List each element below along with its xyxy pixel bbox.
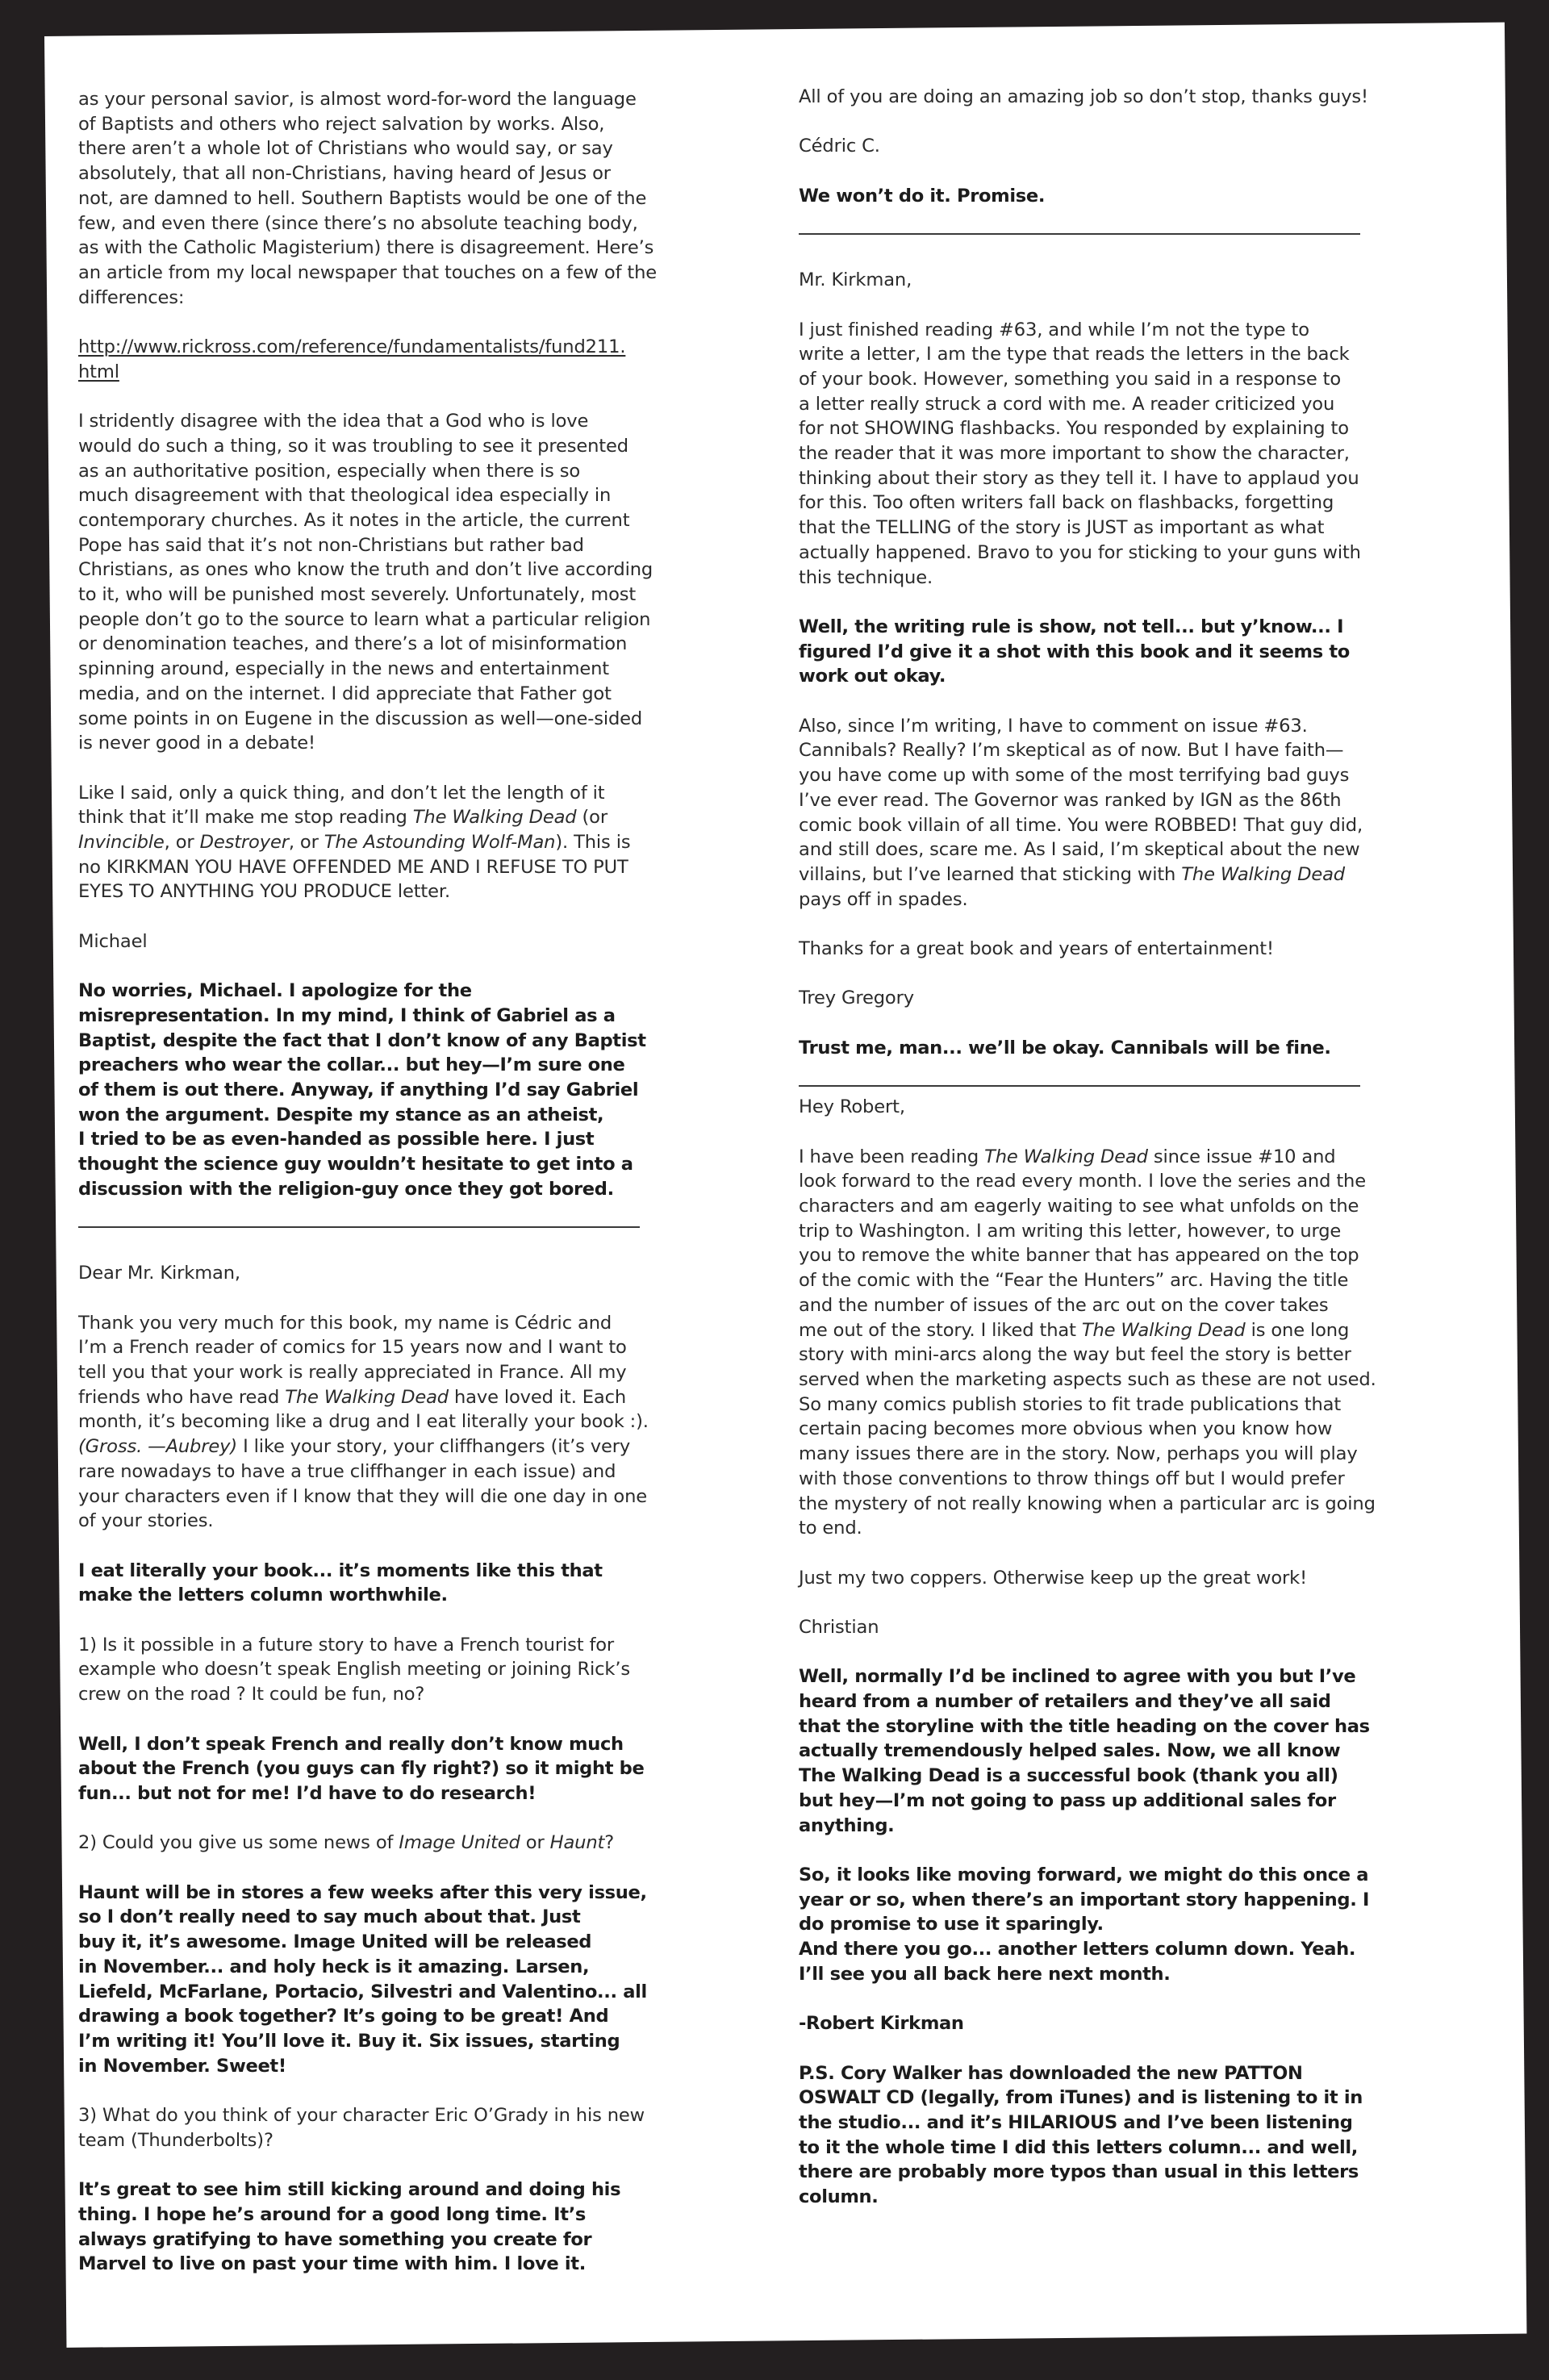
text-line: no KIRKMAN YOU HAVE OFFENDED ME AND I RE… — [78, 855, 772, 880]
text-line: thinking about their story as they tell … — [799, 466, 1509, 491]
text-segment: I stridently disagree with the idea that… — [78, 411, 588, 432]
text-segment: much disagreement with that theological … — [78, 485, 611, 506]
letter-separator — [799, 233, 1360, 235]
text-line: (Gross. —Aubrey) I like your story, your… — [78, 1434, 772, 1459]
italic-title: The Walking Dead — [1181, 864, 1345, 885]
text-segment: Well, I don’t speak French and really do… — [78, 1734, 624, 1755]
text-line: column. — [799, 2185, 1509, 2210]
text-segment: (or — [576, 807, 607, 828]
text-line: about the French (you guys can fly right… — [78, 1756, 772, 1781]
text-line: served when the marketing aspects such a… — [799, 1367, 1509, 1393]
text-segment: Also, since I’m writing, I have to comme… — [799, 716, 1308, 737]
text-line: actually tremendously helped sales. Now,… — [799, 1739, 1509, 1764]
text-segment: to end. — [799, 1518, 862, 1539]
text-segment: certain pacing becomes more obvious when… — [799, 1418, 1332, 1439]
text-line: differences: — [78, 286, 772, 311]
text-line: so I don’t really need to say much about… — [78, 1905, 772, 1930]
text-segment: there aren’t a whole lot of Christians w… — [78, 138, 613, 159]
text-line: Thanks for a great book and years of ent… — [799, 937, 1509, 962]
letter-paragraph: Also, since I’m writing, I have to comme… — [799, 714, 1509, 912]
text-segment: Marvel to live on past your time with hi… — [78, 2253, 586, 2274]
text-segment: team (Thunderbolts)? — [78, 2130, 273, 2151]
text-line: Like I said, only a quick thing, and don… — [78, 781, 772, 806]
editor-reply: It’s great to see him still kicking arou… — [78, 2177, 772, 2277]
text-segment: some points in on Eugene in the discussi… — [78, 708, 642, 729]
text-line: is never good in a debate! — [78, 731, 772, 756]
text-line: to it, who will be punished most severel… — [78, 582, 772, 608]
text-segment: is one long — [1246, 1320, 1350, 1341]
text-segment: work out okay. — [799, 666, 946, 687]
text-segment: Baptist, despite the fact that I don’t k… — [78, 1030, 646, 1051]
text-segment: ? — [604, 1832, 614, 1853]
text-segment: figured I’d give it a shot with this boo… — [799, 641, 1350, 662]
text-segment: about the French (you guys can fly right… — [78, 1758, 644, 1779]
text-line: the studio... and it’s HILARIOUS and I’v… — [799, 2111, 1509, 2136]
text-line: and the number of issues of the arc out … — [799, 1293, 1509, 1318]
text-line: Also, since I’m writing, I have to comme… — [799, 714, 1509, 739]
text-line: actually happened. Bravo to you for stic… — [799, 541, 1509, 566]
text-segment: Christian — [799, 1617, 879, 1638]
text-line: I’ll see you all back here next month. — [799, 1962, 1509, 1987]
text-line: Well, I don’t speak French and really do… — [78, 1732, 772, 1757]
text-line: Haunt will be in stores a few weeks afte… — [78, 1881, 772, 1906]
printed-page: as your personal savior, is almost word-… — [44, 23, 1526, 2348]
text-segment: would do such a thing, so it was troubli… — [78, 436, 628, 457]
text-segment: the mystery of not really knowing when a… — [799, 1493, 1376, 1514]
text-line: work out okay. — [799, 664, 1509, 689]
text-line: fun... but not for me! I’d have to do re… — [78, 1781, 772, 1806]
text-segment: comic book villain of all time. You were… — [799, 815, 1363, 836]
text-segment: misrepresentation. In my mind, I think o… — [78, 1005, 616, 1026]
letter-paragraph: as your personal savior, is almost word-… — [78, 87, 772, 310]
letter-paragraph: 3) What do you think of your character E… — [78, 2103, 772, 2152]
text-line: tell you that your work is really apprec… — [78, 1360, 772, 1385]
text-segment: of your book. However, something you sai… — [799, 369, 1341, 390]
text-segment: friends who have read — [78, 1387, 285, 1408]
text-segment: anything. — [799, 1815, 894, 1836]
editor-reply: Well, I don’t speak French and really do… — [78, 1732, 772, 1806]
italic-title: Destroyer — [200, 832, 289, 853]
text-segment: contemporary churches. As it notes in th… — [78, 510, 629, 531]
text-line: but hey—I’m not going to pass up additio… — [799, 1789, 1509, 1814]
text-segment: of them is out there. Anyway, if anythin… — [78, 1079, 638, 1100]
text-segment: heard from a number of retailers and the… — [799, 1691, 1331, 1712]
text-segment: thing. I hope he’s around for a good lon… — [78, 2204, 586, 2225]
text-segment: html — [78, 361, 119, 382]
text-segment: EYES TO ANYTHING YOU PRODUCE letter. — [78, 881, 450, 902]
text-segment: write a letter, I am the type that reads… — [799, 344, 1350, 365]
text-line: All of you are doing an amazing job so d… — [799, 85, 1509, 110]
editor-reply: I eat literally your book... it’s moment… — [78, 1559, 772, 1608]
text-line: So many comics publish stories to fit tr… — [799, 1393, 1509, 1418]
text-segment: example who doesn’t speak English meetin… — [78, 1659, 630, 1680]
text-line: thought the science guy wouldn’t hesitat… — [78, 1152, 772, 1177]
text-line: drawing a book together? It’s going to b… — [78, 2004, 772, 2029]
text-line: comic book villain of all time. You were… — [799, 813, 1509, 838]
text-segment: All of you are doing an amazing job so d… — [799, 86, 1368, 107]
text-line: Dear Mr. Kirkman, — [78, 1261, 772, 1286]
text-segment: Well, the writing rule is show, not tell… — [799, 616, 1343, 637]
text-line: write a letter, I am the type that reads… — [799, 342, 1509, 367]
text-line[interactable]: http://www.rickross.com/reference/fundam… — [78, 335, 772, 360]
text-segment: column. — [799, 2186, 879, 2207]
text-line: Marvel to live on past your time with hi… — [78, 2252, 772, 2277]
text-line: Thank you very much for this book, my na… — [78, 1311, 772, 1336]
text-line: thing. I hope he’s around for a good lon… — [78, 2203, 772, 2228]
text-line: this technique. — [799, 566, 1509, 591]
text-segment: won the argument. Despite my stance as a… — [78, 1104, 603, 1125]
text-line: contemporary churches. As it notes in th… — [78, 508, 772, 533]
italic-title: Haunt — [550, 1832, 605, 1853]
text-segment: look forward to the read every month. I … — [799, 1171, 1366, 1192]
text-segment: I eat literally your book... it’s moment… — [78, 1560, 603, 1581]
text-line: discussion with the religion-guy once th… — [78, 1177, 772, 1202]
text-segment: with those conventions to throw things o… — [799, 1468, 1345, 1489]
text-line: your characters even if I know that they… — [78, 1484, 772, 1509]
text-line: do promise to use it sparingly. — [799, 1912, 1509, 1937]
text-segment: in November... and holy heck is it amazi… — [78, 1956, 589, 1977]
text-segment: Cannibals? Really? I’m skeptical as of n… — [799, 740, 1343, 761]
text-line: figured I’d give it a shot with this boo… — [799, 640, 1509, 665]
letter-paragraph: I stridently disagree with the idea that… — [78, 409, 772, 756]
text-line: or denomination teaches, and there’s a l… — [78, 632, 772, 657]
text-segment: Dear Mr. Kirkman, — [78, 1263, 240, 1284]
text-line[interactable]: html — [78, 360, 772, 385]
text-segment: I’ve ever read. The Governor was ranked … — [799, 790, 1341, 811]
text-line: I just finished reading #63, and while I… — [799, 318, 1509, 343]
text-segment: ). This is — [555, 832, 630, 853]
editor-reply: Well, normally I’d be inclined to agree … — [799, 1664, 1509, 1838]
letter-paragraph: All of you are doing an amazing job so d… — [799, 85, 1509, 110]
text-segment: always gratifying to have something you … — [78, 2229, 591, 2250]
text-segment: to it the whole time I did this letters … — [799, 2137, 1358, 2158]
editor-reply: We won’t do it. Promise. — [799, 184, 1509, 209]
text-segment: Trey Gregory — [799, 987, 914, 1008]
text-segment: actually happened. Bravo to you for stic… — [799, 542, 1361, 563]
text-line: characters and am eagerly waiting to see… — [799, 1194, 1509, 1219]
text-segment: you to remove the white banner that has … — [799, 1245, 1359, 1266]
text-segment: OSWALT CD (legally, from iTunes) and is … — [799, 2087, 1363, 2108]
text-line: to end. — [799, 1516, 1509, 1541]
text-line: pays off in spades. — [799, 887, 1509, 912]
text-segment: for this. Too often writers fall back on… — [799, 492, 1334, 513]
text-line: Hey Robert, — [799, 1095, 1509, 1120]
text-segment: Haunt will be in stores a few weeks afte… — [78, 1882, 647, 1903]
text-line: the reader that it was more important to… — [799, 441, 1509, 466]
letter-paragraph: Mr. Kirkman, — [799, 268, 1509, 293]
text-segment: have loved it. Each — [449, 1387, 626, 1408]
text-line: I’m writing it! You’ll love it. Buy it. … — [78, 2029, 772, 2054]
text-segment: a letter really struck a cord with me. A… — [799, 394, 1334, 415]
text-segment: but hey—I’m not going to pass up additio… — [799, 1790, 1336, 1811]
text-line: as your personal savior, is almost word-… — [78, 87, 772, 112]
text-line: for this. Too often writers fall back on… — [799, 491, 1509, 516]
text-segment: tell you that your work is really apprec… — [78, 1362, 626, 1383]
text-segment: me out of the story. I liked that — [799, 1320, 1082, 1341]
letter-paragraph: 1) Is it possible in a future story to h… — [78, 1633, 772, 1707]
letter-signature: Trey Gregory — [799, 986, 1509, 1011]
editor-reply: So, it looks like moving forward, we mig… — [799, 1863, 1509, 1937]
text-segment: P.S. Cory Walker has downloaded the new … — [799, 2063, 1303, 2084]
text-segment: in November. Sweet! — [78, 2056, 286, 2077]
text-segment: No worries, Michael. I apologize for the — [78, 980, 472, 1001]
text-line: I have been reading The Walking Dead sin… — [799, 1145, 1509, 1170]
text-segment: is never good in a debate! — [78, 733, 315, 754]
text-segment: for not SHOWING flashbacks. You responde… — [799, 418, 1349, 439]
text-line: P.S. Cory Walker has downloaded the new … — [799, 2061, 1509, 2086]
letter-paragraph: I have been reading The Walking Dead sin… — [799, 1145, 1509, 1541]
text-line: Well, normally I’d be inclined to agree … — [799, 1664, 1509, 1689]
text-line: there aren’t a whole lot of Christians w… — [78, 136, 772, 161]
italic-title: (Gross. —Aubrey) — [78, 1436, 237, 1457]
italic-title: Invincible — [78, 832, 165, 853]
text-segment: thinking about their story as they tell … — [799, 468, 1359, 489]
text-segment: you have come up with some of the most t… — [799, 765, 1349, 786]
text-line: I eat literally your book... it’s moment… — [78, 1559, 772, 1584]
text-line: Liefeld, McFarlane, Portacio, Silvestri … — [78, 1980, 772, 2005]
letter-paragraph: Just my two coppers. Otherwise keep up t… — [799, 1566, 1509, 1591]
italic-title: The Walking Dead — [285, 1387, 449, 1408]
text-segment: discussion with the religion-guy once th… — [78, 1179, 614, 1200]
text-line: you to remove the white banner that has … — [799, 1243, 1509, 1268]
text-line: Christians, as ones who know the truth a… — [78, 557, 772, 582]
text-line: as with the Catholic Magisterium) there … — [78, 236, 772, 261]
text-line: And there you go... another letters colu… — [799, 1937, 1509, 1962]
text-line: example who doesn’t speak English meetin… — [78, 1657, 772, 1682]
text-line: year or so, when there’s an important st… — [799, 1888, 1509, 1913]
italic-title: The Walking Dead — [984, 1146, 1148, 1167]
text-segment: media, and on the internet. I did apprec… — [78, 683, 612, 704]
text-line: Mr. Kirkman, — [799, 268, 1509, 293]
text-line: you have come up with some of the most t… — [799, 763, 1509, 788]
text-segment: Like I said, only a quick thing, and don… — [78, 783, 605, 804]
text-line: 1) Is it possible in a future story to h… — [78, 1633, 772, 1658]
text-line: absolutely, that all non-Christians, hav… — [78, 161, 772, 186]
text-segment: Trust me, man... we’ll be okay. Cannibal… — [799, 1038, 1331, 1058]
text-line: of them is out there. Anyway, if anythin… — [78, 1078, 772, 1103]
letter-signature: Christian — [799, 1615, 1509, 1640]
text-segment: the studio... and it’s HILARIOUS and I’v… — [799, 2112, 1353, 2133]
text-line: of the comic with the “Fear the Hunters”… — [799, 1268, 1509, 1293]
text-segment: I tried to be as even-handed as possible… — [78, 1129, 594, 1150]
text-segment: many issues there are in the story. Now,… — [799, 1443, 1358, 1464]
text-line: Michael — [78, 929, 772, 954]
text-segment: fun... but not for me! I’d have to do re… — [78, 1783, 536, 1804]
text-line: Just my two coppers. Otherwise keep up t… — [799, 1566, 1509, 1591]
text-segment: , or — [165, 832, 200, 853]
text-line: villains, but I’ve learned that sticking… — [799, 862, 1509, 887]
text-line: of your stories. — [78, 1509, 772, 1534]
text-segment: of the comic with the “Fear the Hunters”… — [799, 1270, 1348, 1291]
text-segment: villains, but I’ve learned that sticking… — [799, 864, 1181, 885]
text-line: buy it, it’s awesome. Image United will … — [78, 1930, 772, 1955]
text-line: that the storyline with the title headin… — [799, 1714, 1509, 1739]
text-segment: pays off in spades. — [799, 889, 968, 910]
text-segment: Christians, as ones who know the truth a… — [78, 559, 653, 580]
letter-paragraph: Like I said, only a quick thing, and don… — [78, 781, 772, 905]
text-segment: trip to Washington. I am writing this le… — [799, 1221, 1341, 1242]
text-line: would do such a thing, so it was troubli… — [78, 434, 772, 459]
editor-reply: Haunt will be in stores a few weeks afte… — [78, 1881, 772, 2079]
text-line: anything. — [799, 1814, 1509, 1839]
text-segment: of Baptists and others who reject salvat… — [78, 114, 604, 135]
text-line: No worries, Michael. I apologize for the — [78, 979, 772, 1004]
text-line: story with mini-arcs along the way but f… — [799, 1342, 1509, 1367]
text-line: 2) Could you give us some news of Image … — [78, 1831, 772, 1856]
text-segment: Well, normally I’d be inclined to agree … — [799, 1666, 1355, 1687]
text-line: of your book. However, something you sai… — [799, 367, 1509, 392]
text-segment: this technique. — [799, 567, 933, 588]
text-segment: think that it’ll make me stop reading — [78, 807, 413, 828]
letter-separator — [78, 1226, 640, 1228]
text-segment: since issue #10 and — [1148, 1146, 1336, 1167]
text-line: some points in on Eugene in the discussi… — [78, 707, 772, 732]
text-line: the mystery of not really knowing when a… — [799, 1492, 1509, 1517]
text-line: and still does, scare me. As I said, I’m… — [799, 837, 1509, 862]
text-segment: http://www.rickross.com/reference/fundam… — [78, 336, 625, 357]
text-line: trip to Washington. I am writing this le… — [799, 1219, 1509, 1244]
text-segment: so I don’t really need to say much about… — [78, 1906, 580, 1927]
editor-reply: Trust me, man... we’ll be okay. Cannibal… — [799, 1036, 1509, 1061]
text-segment: as with the Catholic Magisterium) there … — [78, 237, 653, 258]
text-line: crew on the road ? It could be fun, no? — [78, 1682, 772, 1707]
article-link[interactable]: http://www.rickross.com/reference/fundam… — [78, 335, 772, 384]
text-line: spinning around, especially in the news … — [78, 657, 772, 682]
page-content: as your personal savior, is almost word-… — [44, 36, 1505, 2348]
text-line: an article from my local newspaper that … — [78, 261, 772, 286]
letter-paragraph: I just finished reading #63, and while I… — [799, 318, 1509, 591]
letter-signature: Cédric C. — [799, 134, 1509, 159]
text-line: Trust me, man... we’ll be okay. Cannibal… — [799, 1036, 1509, 1061]
text-line: team (Thunderbolts)? — [78, 2128, 772, 2153]
editor-reply: No worries, Michael. I apologize for the… — [78, 979, 772, 1201]
text-segment: spinning around, especially in the news … — [78, 658, 609, 679]
text-line: preachers who wear the collar... but hey… — [78, 1053, 772, 1078]
text-line: certain pacing becomes more obvious when… — [799, 1417, 1509, 1442]
text-line: always gratifying to have something you … — [78, 2228, 772, 2253]
text-segment: and the number of issues of the arc out … — [799, 1295, 1328, 1316]
text-segment: served when the marketing aspects such a… — [799, 1369, 1376, 1390]
text-line: friends who have read The Walking Dead h… — [78, 1385, 772, 1410]
text-segment: Thanks for a great book and years of ent… — [799, 938, 1274, 959]
text-segment: The Walking Dead is a successful book (t… — [799, 1765, 1338, 1786]
text-line: Trey Gregory — [799, 986, 1509, 1011]
text-segment: Cédric C. — [799, 136, 880, 157]
text-segment: Mr. Kirkman, — [799, 269, 912, 290]
text-segment: I have been reading — [799, 1146, 984, 1167]
text-segment: or — [520, 1832, 550, 1853]
letter-signature: Michael — [78, 929, 772, 954]
text-line: Christian — [799, 1615, 1509, 1640]
text-line: in November... and holy heck is it amazi… — [78, 1955, 772, 1980]
text-line: of Baptists and others who reject salvat… — [78, 112, 772, 137]
text-line: that the TELLING of the story is JUST as… — [799, 516, 1509, 541]
letter-paragraph: Dear Mr. Kirkman, — [78, 1261, 772, 1286]
text-line: Well, the writing rule is show, not tell… — [799, 615, 1509, 640]
text-line: rare nowadays to have a true cliffhanger… — [78, 1459, 772, 1484]
editor-reply: Well, the writing rule is show, not tell… — [799, 615, 1509, 689]
text-segment: to it, who will be punished most severel… — [78, 584, 636, 605]
text-line: It’s great to see him still kicking arou… — [78, 2177, 772, 2203]
text-segment: rare nowadays to have a true cliffhanger… — [78, 1461, 616, 1482]
text-line: media, and on the internet. I did apprec… — [78, 682, 772, 707]
text-segment: of your stories. — [78, 1510, 213, 1531]
text-line: I’ve ever read. The Governor was ranked … — [799, 788, 1509, 813]
text-segment: characters and am eagerly waiting to see… — [799, 1196, 1359, 1217]
text-segment: So, it looks like moving forward, we mig… — [799, 1864, 1368, 1885]
text-line: as an authoritative position, especially… — [78, 459, 772, 484]
text-segment: few, and even there (since there’s no ab… — [78, 213, 638, 234]
text-line: I’m a French reader of comics for 15 yea… — [78, 1335, 772, 1360]
editor-reply: And there you go... another letters colu… — [799, 1937, 1509, 1986]
text-segment: drawing a book together? It’s going to b… — [78, 2006, 608, 2027]
text-segment: Hey Robert, — [799, 1096, 905, 1117]
text-segment: , or — [289, 832, 324, 853]
text-segment: the reader that it was more important to… — [799, 443, 1350, 464]
text-segment: year or so, when there’s an important st… — [799, 1889, 1369, 1910]
text-segment: Just my two coppers. Otherwise keep up t… — [799, 1568, 1307, 1589]
text-segment: month, it’s becoming like a drug and I e… — [78, 1411, 649, 1432]
text-segment: an article from my local newspaper that … — [78, 262, 657, 283]
text-line: me out of the story. I liked that The Wa… — [799, 1318, 1509, 1343]
text-line: Invincible, or Destroyer, or The Astound… — [78, 830, 772, 855]
editor-reply: P.S. Cory Walker has downloaded the new … — [799, 2061, 1509, 2210]
text-line: -Robert Kirkman — [799, 2011, 1509, 2036]
text-segment: I like your story, your cliffhangers (it… — [237, 1436, 630, 1457]
text-segment: actually tremendously helped sales. Now,… — [799, 1740, 1340, 1761]
text-line: Pope has said that it’s not non-Christia… — [78, 533, 772, 558]
text-line: 3) What do you think of your character E… — [78, 2103, 772, 2128]
text-segment: people don’t go to the source to learn w… — [78, 609, 650, 630]
text-segment: not, are damned to hell. Southern Baptis… — [78, 188, 646, 209]
text-line: I stridently disagree with the idea that… — [78, 409, 772, 434]
text-line: EYES TO ANYTHING YOU PRODUCE letter. — [78, 879, 772, 904]
text-segment: differences: — [78, 287, 184, 308]
text-line: there are probably more typos than usual… — [799, 2160, 1509, 2185]
text-line: in November. Sweet! — [78, 2054, 772, 2079]
text-line: people don’t go to the source to learn w… — [78, 608, 772, 633]
text-segment: that the storyline with the title headin… — [799, 1716, 1370, 1737]
text-segment: as an authoritative position, especially… — [78, 461, 580, 482]
text-segment: do promise to use it sparingly. — [799, 1914, 1104, 1935]
text-segment: no KIRKMAN YOU HAVE OFFENDED ME AND I RE… — [78, 857, 628, 878]
italic-title: The Astounding Wolf-Man — [324, 832, 556, 853]
text-line: won the argument. Despite my stance as a… — [78, 1103, 772, 1128]
editor-reply: -Robert Kirkman — [799, 2011, 1509, 2036]
text-segment: Thank you very much for this book, my na… — [78, 1313, 612, 1334]
text-segment: I’m writing it! You’ll love it. Buy it. … — [78, 2031, 620, 2052]
text-segment: story with mini-arcs along the way but f… — [799, 1344, 1351, 1365]
text-line: look forward to the read every month. I … — [799, 1169, 1509, 1194]
italic-title: The Walking Dead — [413, 807, 577, 828]
text-line: think that it’ll make me stop reading Th… — [78, 805, 772, 830]
text-segment: preachers who wear the collar... but hey… — [78, 1054, 625, 1075]
text-line: for not SHOWING flashbacks. You responde… — [799, 416, 1509, 441]
text-segment: I just finished reading #63, and while I… — [799, 319, 1309, 340]
text-segment: And there you go... another letters colu… — [799, 1939, 1355, 1960]
text-segment: or denomination teaches, and there’s a l… — [78, 633, 627, 654]
text-segment: buy it, it’s awesome. Image United will … — [78, 1931, 591, 1952]
letter-paragraph: Hey Robert, — [799, 1095, 1509, 1120]
text-line: to it the whole time I did this letters … — [799, 2136, 1509, 2161]
text-line: make the letters column worthwhile. — [78, 1583, 772, 1608]
text-line: with those conventions to throw things o… — [799, 1467, 1509, 1492]
text-line: much disagreement with that theological … — [78, 483, 772, 508]
text-segment: absolutely, that all non-Christians, hav… — [78, 163, 611, 184]
text-line: many issues there are in the story. Now,… — [799, 1442, 1509, 1467]
letter-paragraph: Thanks for a great book and years of ent… — [799, 937, 1509, 962]
text-line: Cannibals? Really? I’m skeptical as of n… — [799, 738, 1509, 763]
